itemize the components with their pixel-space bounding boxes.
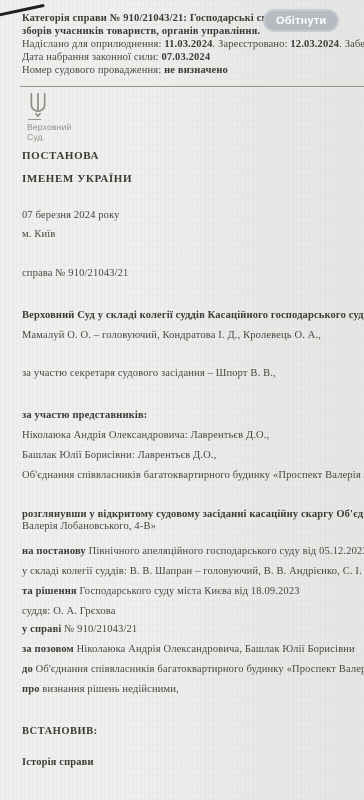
- scanned-court-document-page: Категорія справи № 910/21043/21: Господа…: [0, 0, 364, 800]
- secretary-line: за участю секретаря судового засідання –…: [22, 368, 364, 380]
- history-heading: Історія справи: [22, 757, 364, 769]
- established-heading: ВСТАНОВИВ:: [22, 726, 364, 738]
- hearing-line-2: Валерія Лобановського, 4-В»: [22, 521, 364, 533]
- hearing-line-1: розглянувши у відкритому судовому засіда…: [22, 509, 364, 521]
- decision-label: та рішення: [22, 586, 77, 597]
- representatives-heading: за участю представників:: [22, 410, 364, 422]
- meta-category-start: Категорія справи № 910/21043/21: Господа…: [22, 13, 297, 24]
- decision-city: м. Київ: [22, 229, 364, 241]
- crop-button[interactable]: Обітнути: [263, 9, 339, 32]
- published-label: Надіслано для оприлюднення:: [22, 39, 164, 50]
- legal-force-label: Дата набрання законної сили:: [22, 52, 161, 63]
- subject-line: про визнання рішень недійсними,: [22, 684, 364, 696]
- court-logo-name-line2: Суд: [27, 132, 43, 142]
- document-title: ПОСТАНОВА: [22, 150, 364, 162]
- court-logo-name-line1: Верховний: [27, 122, 71, 132]
- decision-date: 07 березня 2024 року: [22, 210, 364, 222]
- appeal-panel-line: у складі колегії суддів: В. В. Шапран – …: [22, 566, 364, 578]
- panel-heading: Верховний Суд у складі колегії суддів Ка…: [22, 310, 364, 322]
- proceeding-value: не визначено: [164, 65, 228, 76]
- representative-2: Башлак Юлії Борисівни: Лаврентьєв Д.О.,: [22, 450, 364, 462]
- subject-text: визнання рішень недійсними,: [40, 684, 179, 695]
- horizontal-divider: [20, 86, 364, 87]
- in-case-label: у справі: [22, 624, 61, 635]
- subject-label: про: [22, 684, 40, 695]
- first-judge-line: суддя: О. А. Грєхова: [22, 606, 364, 618]
- claim-line: за позовом Ніколаюка Андрія Олександрови…: [22, 644, 364, 656]
- appeal-text: Північного апеляційного господарського с…: [86, 546, 364, 557]
- registered-date: 12.03.2024: [290, 39, 339, 50]
- logo-dash: [28, 119, 41, 120]
- meta-legal-force-line: Дата набрання законної сили: 07.03.2024: [22, 52, 364, 64]
- in-case-line: у справі № 910/21043/21: [22, 624, 364, 636]
- legal-force-date: 07.03.2024: [161, 52, 210, 63]
- registered-label: . Зареєстровано:: [213, 39, 291, 50]
- defendant-text: Об'єднання співвласників багатоквартирно…: [33, 664, 364, 675]
- appeal-label: на постанову: [22, 546, 86, 557]
- registered-tail: . Забезпечено: [339, 39, 364, 50]
- defendant-line: до Об'єднання співвласників багатокварти…: [22, 664, 364, 676]
- appeal-line: на постанову Північного апеляційного гос…: [22, 546, 364, 558]
- defendant-label: до: [22, 664, 33, 675]
- trident-icon: [28, 92, 48, 117]
- decision-line: та рішення Господарського суду міста Киє…: [22, 586, 364, 598]
- proceeding-label: Номер судового провадження:: [22, 65, 164, 76]
- meta-published-line: Надіслано для оприлюднення: 11.03.2024. …: [22, 39, 364, 51]
- meta-proceeding-line: Номер судового провадження: не визначено: [22, 65, 364, 77]
- document-subtitle: ІМЕНЕМ УКРАЇНИ: [22, 173, 364, 185]
- case-number: справа № 910/21043/21: [22, 268, 364, 280]
- representative-1: Ніколаюка Андрія Олександровича: Лаврент…: [22, 430, 364, 442]
- judges-list: Мамалуй О. О. – головуючий, Кондратова І…: [22, 330, 364, 342]
- representative-3: Об'єднання співвласників багатоквартирно…: [22, 470, 364, 482]
- in-case-number: № 910/21043/21: [61, 624, 137, 635]
- published-date: 11.03.2024: [164, 39, 212, 50]
- paper-texture: [0, 0, 364, 800]
- decision-text: Господарського суду міста Києва від 18.0…: [77, 586, 300, 597]
- claim-text: Ніколаюка Андрія Олександровича, Башлак …: [74, 644, 355, 655]
- claim-label: за позовом: [22, 644, 74, 655]
